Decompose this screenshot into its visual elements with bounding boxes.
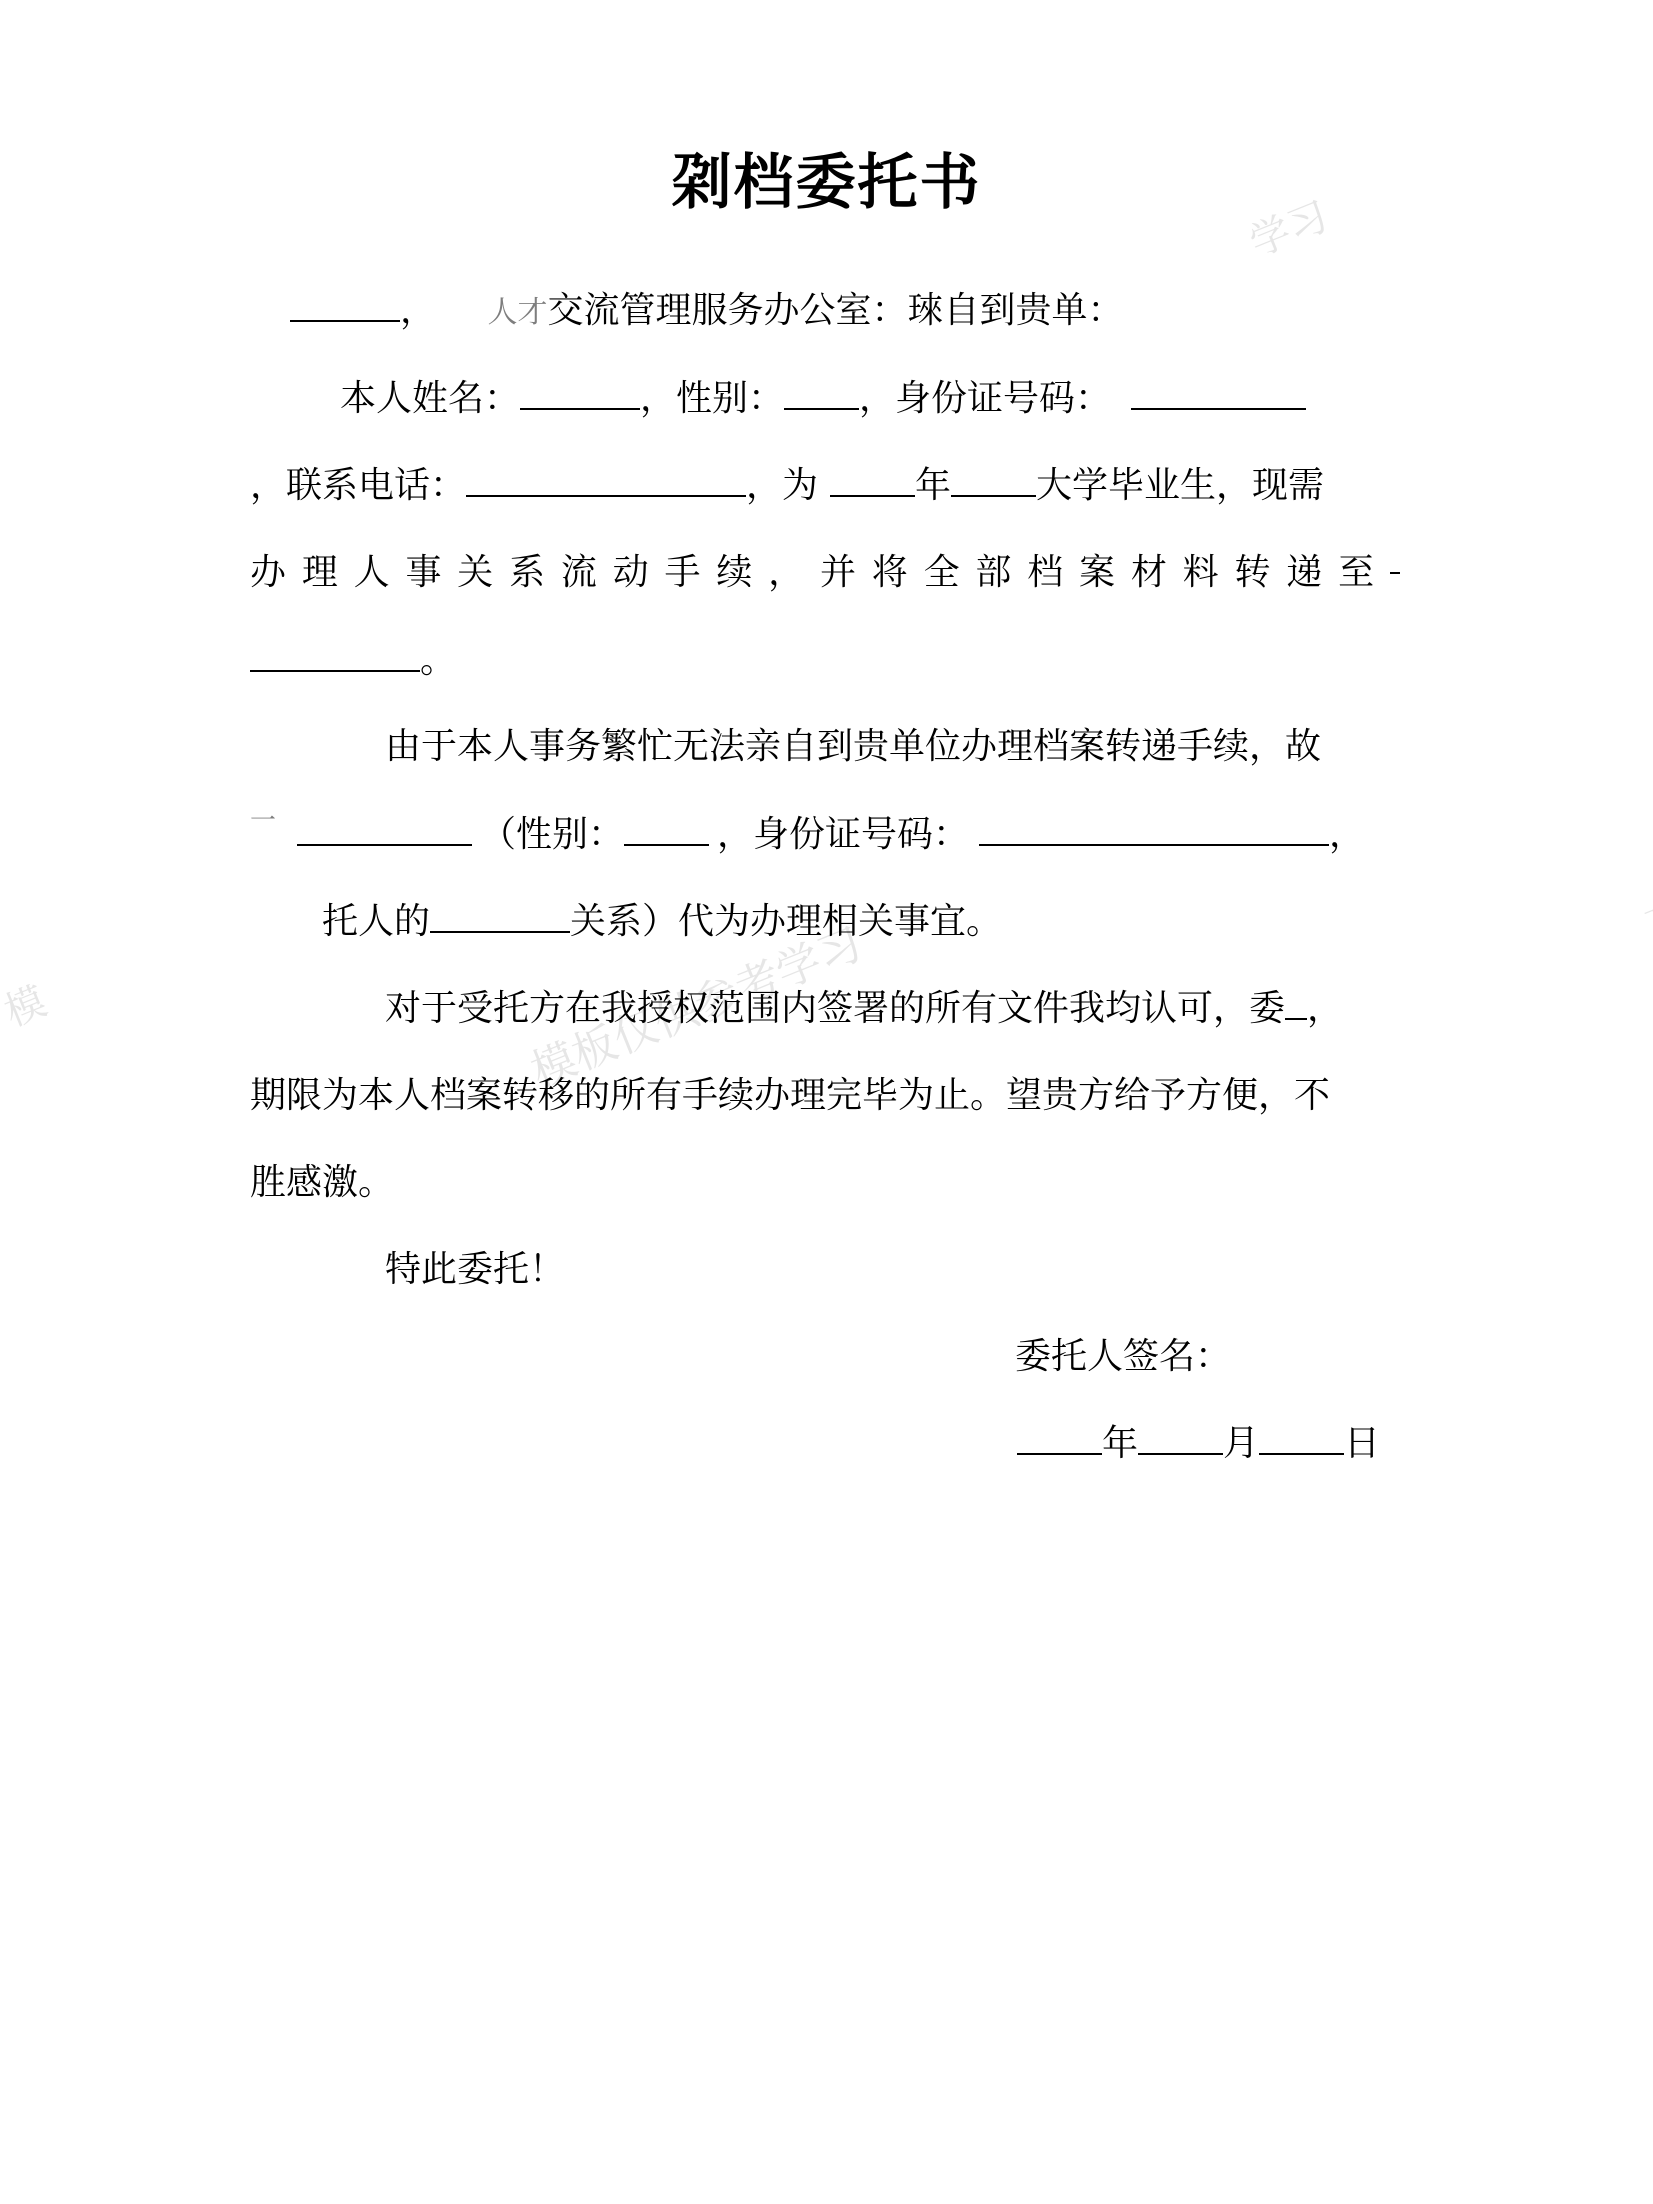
comma: ，	[400, 290, 436, 331]
comma: ，	[1307, 988, 1343, 1029]
char: 部	[975, 544, 1011, 595]
para2-line1: 由于本人事务繁忙无法亲自到贵单位办理档案转递手续，故	[385, 718, 1405, 769]
name-gender-id-line: 本人姓名：，性别：，身份证号码：	[340, 370, 1405, 421]
date-line: 年月日	[1017, 1415, 1417, 1466]
char: 递	[1286, 544, 1322, 595]
period: 。	[420, 640, 456, 681]
recipient-blank	[290, 290, 400, 322]
id-label: ，身份证号码：	[859, 378, 1111, 419]
school-blank	[951, 465, 1036, 497]
document-title: 刴档委托书	[0, 135, 1653, 221]
trustee-gender-label: （性别：	[480, 814, 624, 855]
relationship-text: 关系）代为办理相关事宜。	[570, 901, 1002, 942]
char: 办	[250, 544, 286, 595]
closing-text: 特此委托！	[385, 1241, 1540, 1292]
salutation-text: 交流管理服务办公室：琜自到贵单：	[547, 290, 1123, 331]
char: 档	[1027, 544, 1063, 595]
graduate-text: 大学毕业生，现需	[1036, 465, 1324, 506]
name-label: 本人姓名：	[340, 378, 520, 419]
signature-label: 委托人签名：	[1015, 1328, 1415, 1379]
char: 人	[354, 544, 390, 595]
phone-label: ，联系电话：	[250, 465, 466, 506]
char: 流	[561, 544, 597, 595]
name-blank	[520, 378, 640, 410]
char: 理	[302, 544, 338, 595]
watermark-left-edge: 模	[0, 970, 53, 1038]
trustee-id-label: ，身份证号码：	[717, 814, 969, 855]
trustee-name-blank	[297, 814, 472, 846]
para3-text: 对于受托方在我授权范围内签署的所有文件我均认可，委	[385, 988, 1285, 1029]
month-field	[1138, 1423, 1223, 1455]
gender-label: ，性别：	[640, 378, 784, 419]
char: 事	[405, 544, 441, 595]
char: ，	[768, 544, 804, 595]
destination-line: 。	[250, 632, 1405, 683]
para3-line2: 期限为本人档案转移的所有手续办理完毕为止。望贵方给予方便，不	[250, 1067, 1405, 1118]
char: 料	[1183, 544, 1219, 595]
relationship-label: 托人的	[322, 901, 430, 942]
destination-blank	[250, 640, 420, 672]
char: 续	[716, 544, 752, 595]
procedure-line: 办 理 人 事 关 系 流 动 手 续 ， 并 将 全 部 档 案 材 料 转 …	[250, 544, 1400, 595]
char: 转	[1234, 544, 1270, 595]
day-label: 日	[1344, 1423, 1380, 1464]
char: 材	[1131, 544, 1167, 595]
id-blank	[1131, 378, 1306, 410]
year-field	[1017, 1423, 1102, 1455]
year-blank	[830, 465, 915, 497]
year-label: 年	[915, 465, 951, 506]
phone-blank	[466, 465, 746, 497]
term-blank	[1285, 988, 1307, 1020]
year-label: 年	[1102, 1423, 1138, 1464]
day-field	[1259, 1423, 1344, 1455]
phone-graduate-line: ，联系电话：，为年大学毕业生，现需	[250, 457, 1405, 508]
erased-fragment: 一	[250, 800, 276, 837]
relationship-blank	[430, 901, 570, 933]
watermark-right-edge: 文	[1635, 880, 1653, 948]
char: 将	[872, 544, 908, 595]
gender-blank	[784, 378, 859, 410]
para3-line1: 对于受托方在我授权范围内签署的所有文件我均认可，委，	[385, 980, 1405, 1031]
char: 至	[1338, 544, 1374, 595]
char: 关	[457, 544, 493, 595]
para3-line3: 胜感激。	[250, 1154, 1405, 1205]
char: 手	[665, 544, 701, 595]
month-label: 月	[1223, 1423, 1259, 1464]
for-text: ，为	[746, 465, 818, 506]
para2-line2: 一 （性别：，身份证号码：，	[250, 806, 1405, 857]
para2-line3: 托人的关系）代为办理相关事宜。	[322, 893, 1477, 944]
trustee-id-blank	[979, 814, 1329, 846]
salutation-line: ， 人才交流管理服务办公室：琜自到贵单：	[290, 282, 1445, 333]
char: 全	[924, 544, 960, 595]
erased-fragment: 人才	[487, 295, 547, 330]
trustee-gender-blank	[624, 814, 709, 846]
comma: ，	[1329, 814, 1365, 855]
destination-blank-start	[1390, 544, 1400, 574]
char: 案	[1079, 544, 1115, 595]
char: 动	[613, 544, 649, 595]
char: 系	[509, 544, 545, 595]
char: 并	[820, 544, 856, 595]
